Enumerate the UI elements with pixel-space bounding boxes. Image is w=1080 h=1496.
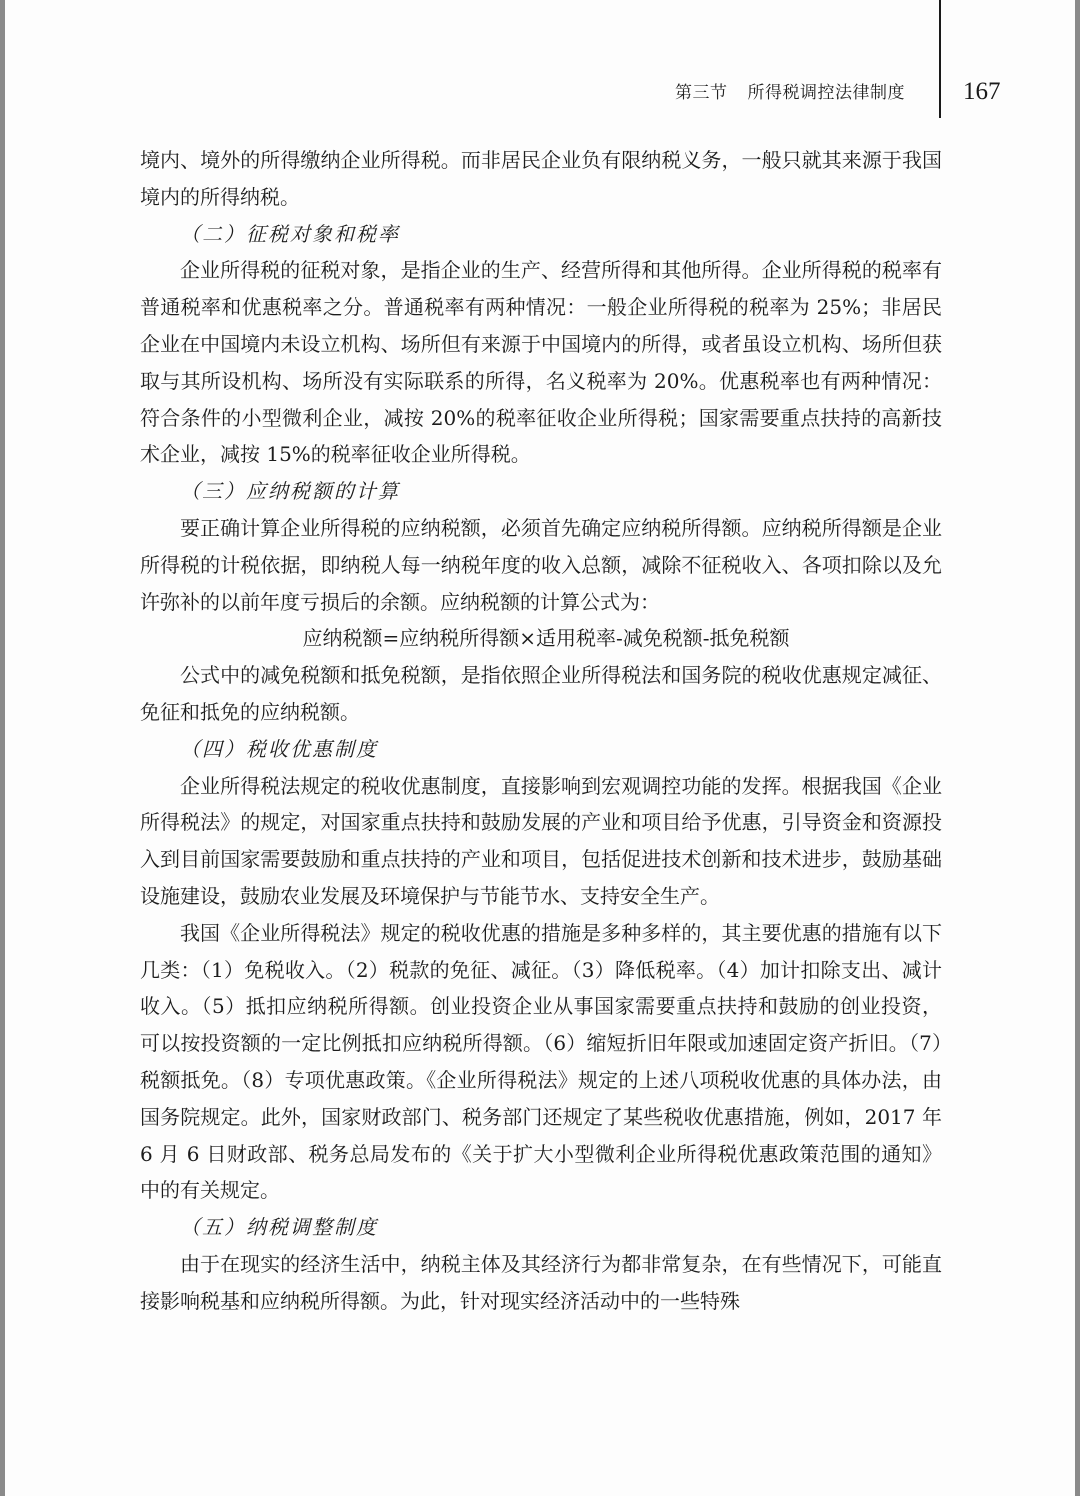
formula: 应纳税额=应纳税所得额×适用税率-减免税额-抵免税额 xyxy=(140,620,942,657)
body-text: 境内、境外的所得缴纳企业所得税。而非居民企业负有限纳税义务，一般只就其来源于我国… xyxy=(140,142,942,1320)
book-page: 第三节 所得税调控法律制度 167 境内、境外的所得缴纳企业所得税。而非居民企业… xyxy=(5,0,1075,1496)
chapter-title: 所得税调控法律制度 xyxy=(748,78,906,103)
subheading-2: （二）征税对象和税率 xyxy=(140,216,942,253)
running-head: 第三节 所得税调控法律制度 xyxy=(675,78,905,103)
paragraph: 由于在现实的经济生活中，纳税主体及其经济行为都非常复杂，在有些情况下，可能直接影… xyxy=(140,1246,942,1320)
paragraph-continued: 境内、境外的所得缴纳企业所得税。而非居民企业负有限纳税义务，一般只就其来源于我国… xyxy=(140,142,942,216)
paragraph: 企业所得税的征税对象，是指企业的生产、经营所得和其他所得。企业所得税的税率有普通… xyxy=(140,252,942,473)
paragraph: 企业所得税法规定的税收优惠制度，直接影响到宏观调控功能的发挥。根据我国《企业所得… xyxy=(140,768,942,915)
subheading-4: （四）税收优惠制度 xyxy=(140,731,942,768)
subheading-3: （三）应纳税额的计算 xyxy=(140,473,942,510)
section-label: 第三节 xyxy=(675,78,728,103)
paragraph: 要正确计算企业所得税的应纳税额，必须首先确定应纳税所得额。应纳税所得额是企业所得… xyxy=(140,510,942,620)
paragraph: 我国《企业所得税法》规定的税收优惠的措施是多种多样的，其主要优惠的措施有以下几类… xyxy=(140,915,942,1209)
subheading-5: （五）纳税调整制度 xyxy=(140,1209,942,1246)
header-divider xyxy=(939,0,941,118)
page-number: 167 xyxy=(963,78,1001,106)
paragraph: 公式中的减免税额和抵免税额，是指依照企业所得税法和国务院的税收优惠规定减征、免征… xyxy=(140,657,942,731)
